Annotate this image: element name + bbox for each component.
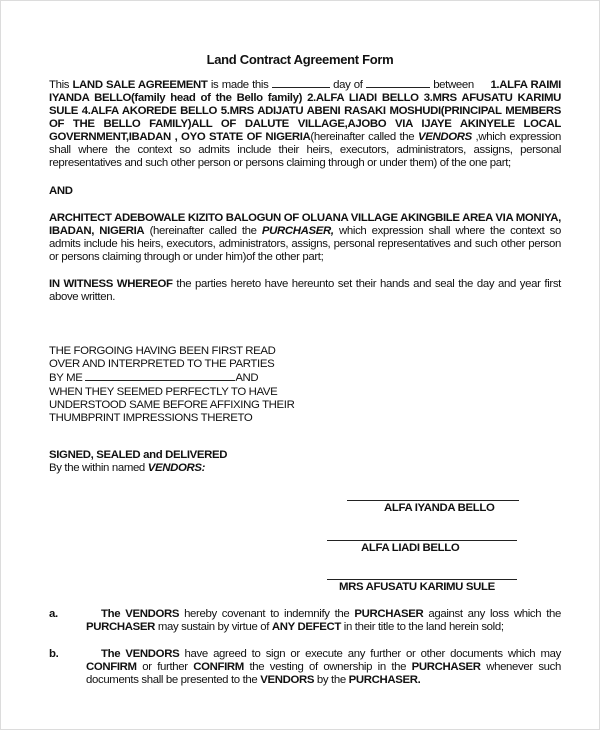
vendors-term: VENDORS (418, 131, 472, 143)
interpretation-line: OVER AND INTERPRETED TO THE PARTIES (49, 358, 349, 371)
signature-line (347, 500, 519, 501)
witness-heading: IN WITNESS WHEREOF (49, 278, 173, 290)
clause-bold: PURCHASER (86, 621, 155, 633)
clause-text: by the (314, 674, 349, 686)
witness-paragraph: IN WITNESS WHEREOF the parties hereto ha… (49, 278, 561, 304)
document-title: Land Contract Agreement Form (1, 52, 599, 67)
clause-b-text: The VENDORS have agreed to sign or execu… (86, 648, 561, 687)
clause-bold: PURCHASER (412, 661, 481, 673)
clause-bold: The VENDORS (101, 608, 179, 620)
intro-text: day of (330, 79, 366, 91)
interpreter-line: BY ME AND (49, 371, 349, 385)
clause-bold: CONFIRM (86, 661, 137, 673)
and-label: AND (49, 185, 73, 197)
signature-line (327, 540, 517, 541)
signatory-name: MRS AFUSATU KARIMU SULE (339, 581, 495, 593)
clause-text: or further (137, 661, 194, 673)
signed-by-text: By the within named (49, 462, 148, 474)
interpretation-clause: THE FORGOING HAVING BEEN FIRST READ OVER… (49, 345, 349, 425)
interpretation-text: BY ME (49, 372, 85, 384)
signature-line (327, 579, 517, 580)
clause-bold: The VENDORS (101, 648, 179, 660)
clause-text: have agreed to sign or execute any furth… (179, 648, 561, 660)
interpretation-line: WHEN THEY SEEMED PERFECTLY TO HAVE (49, 386, 349, 399)
signed-heading: SIGNED, SEALED and DELIVERED (49, 449, 227, 461)
interpreter-blank (85, 371, 235, 381)
purchaser-text: (hereinafter called the (144, 225, 262, 237)
clause-bold: PURCHASER (354, 608, 423, 620)
clause-text: may sustain by virtue of (155, 621, 272, 633)
purchaser-term: PURCHASER, (262, 225, 334, 237)
clause-a-label: a. (49, 608, 58, 620)
clause-bold: ANY DEFECT (272, 621, 341, 633)
agreement-name: LAND SALE AGREEMENT (72, 79, 207, 91)
interpretation-line: UNDERSTOOD SAME BEFORE AFFIXING THEIR (49, 399, 349, 412)
clause-text: the vesting of ownership in the (244, 661, 412, 673)
purchaser-paragraph: ARCHITECT ADEBOWALE KIZITO BALOGUN OF OL… (49, 212, 561, 264)
intro-text: between (430, 79, 477, 91)
clause-text: against any loss which the (423, 608, 561, 620)
clause-a-text: The VENDORS hereby covenant to indemnify… (86, 608, 561, 634)
signatory-name: ALFA IYANDA BELLO (384, 502, 495, 514)
clause-text: hereby covenant to indemnify the (179, 608, 354, 620)
intro-text: (hereinafter called the (310, 131, 418, 143)
clause-bold: CONFIRM (193, 661, 244, 673)
intro-text: is made this (208, 79, 272, 91)
day-blank (272, 78, 330, 88)
signatory-name: ALFA LIADI BELLO (361, 542, 459, 554)
clause-text: in their title to the land herein sold; (341, 621, 504, 633)
month-blank (366, 78, 430, 88)
interpretation-line: THE FORGOING HAVING BEEN FIRST READ (49, 345, 349, 358)
document-page: Land Contract Agreement Form This LAND S… (0, 0, 600, 730)
clause-bold: VENDORS (260, 674, 314, 686)
interpretation-text: AND (235, 372, 258, 384)
clause-bold: PURCHASER. (349, 674, 421, 686)
intro-paragraph: This LAND SALE AGREEMENT is made this da… (49, 78, 561, 170)
interpretation-line: THUMBPRINT IMPRESSIONS THERETO (49, 412, 349, 425)
intro-text: This (49, 79, 72, 91)
clause-b-label: b. (49, 648, 58, 660)
signed-by-party: VENDORS: (148, 462, 205, 474)
signed-by-line: By the within named VENDORS: (49, 462, 205, 474)
